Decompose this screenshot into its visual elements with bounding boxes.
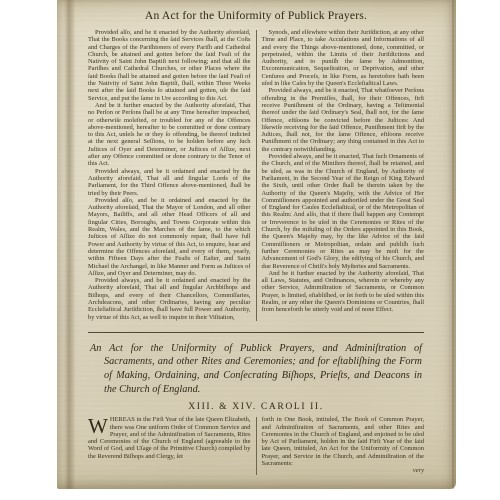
paragraph: Provided always, and be it enacted, That… xyxy=(262,87,425,153)
drop-cap: W xyxy=(88,416,110,435)
act1-left-column: Provided alſo, and be it enacted by the … xyxy=(88,29,251,321)
column-divider xyxy=(256,30,257,321)
paragraph: Provided alſo, and be it ordained and en… xyxy=(88,197,251,277)
paragraph: forth in One Book, intituled, The Book o… xyxy=(262,416,425,467)
section-rule xyxy=(88,332,424,333)
book-page: An Act for the Uniformity of Publick Pra… xyxy=(57,0,456,489)
paragraph: Synods, and elſewhere within their Juriſ… xyxy=(262,29,425,87)
regnal-year: XIII. & XIV. CAROLI II. xyxy=(88,401,424,412)
catchword: very xyxy=(262,467,425,474)
page-gutter-crease xyxy=(64,0,75,489)
act1-columns: Provided alſo, and be it enacted by the … xyxy=(88,29,424,321)
act2-left-column: WHEREAS in the Firſt Year of the late Qu… xyxy=(88,416,251,474)
paragraph: And be it further enacted by the Authori… xyxy=(262,270,425,314)
page-edge xyxy=(452,0,454,489)
page-content: An Act for the Uniformity of Publick Pra… xyxy=(88,7,424,475)
act2-right-column: forth in One Book, intituled, The Book o… xyxy=(262,416,425,474)
column-divider xyxy=(256,417,257,474)
paragraph: WHEREAS in the Firſt Year of the late Qu… xyxy=(88,416,251,460)
running-title: An Act for the Uniformity of Publick Pra… xyxy=(88,9,424,22)
paragraph: Provided alſo, and be it enacted by the … xyxy=(88,29,251,102)
act1-right-column: Synods, and elſewhere within their Juriſ… xyxy=(262,29,425,321)
paragraph-text: HEREAS in the Firſt Year of the late Que… xyxy=(88,416,251,459)
paragraph: Provided always, and be it ordained and … xyxy=(88,168,251,197)
paragraph: Provided always, and be it enacted, That… xyxy=(262,153,425,270)
act2-columns: WHEREAS in the Firſt Year of the late Qu… xyxy=(88,416,424,474)
paragraph: And be it further enacted by the Authori… xyxy=(88,102,251,168)
paragraph: Provided always, and be it ordained and … xyxy=(88,277,251,321)
act2-heading: An Act for the Uniformity of Publick Pra… xyxy=(104,342,422,396)
